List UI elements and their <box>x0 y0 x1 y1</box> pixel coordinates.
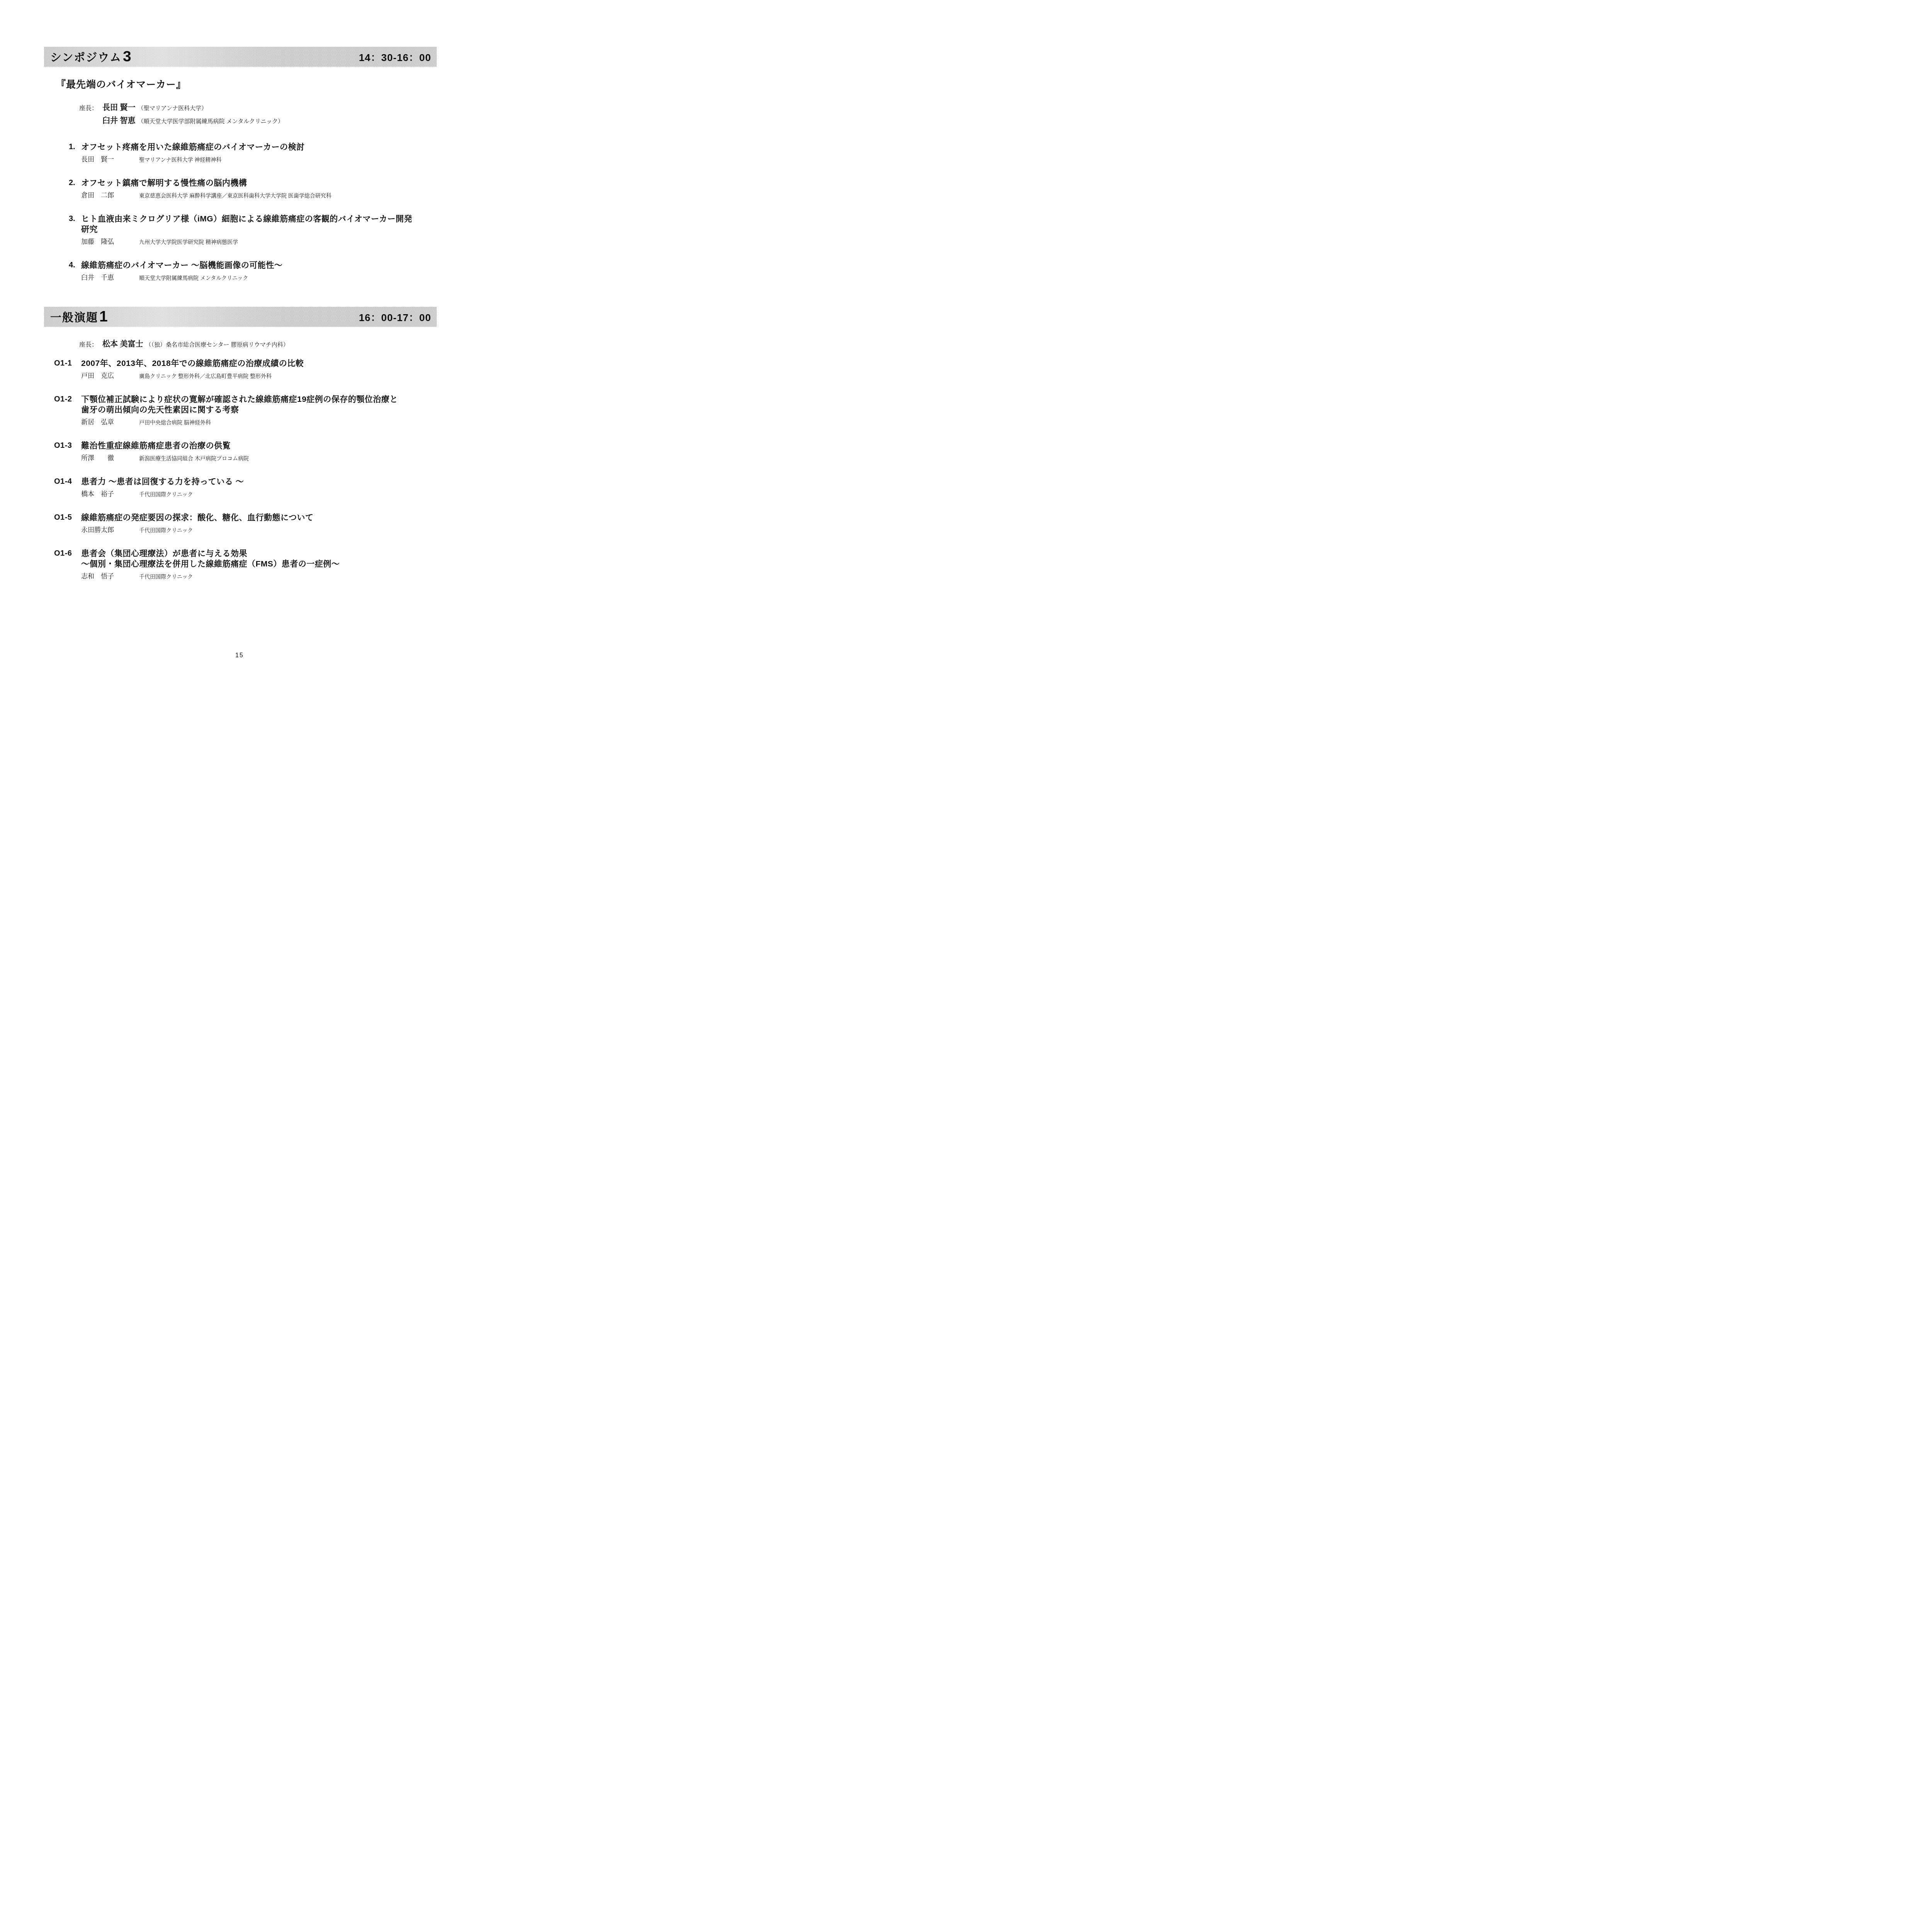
presentation-item: 2. オフセット鎮痛で解明する慢性痛の脳内機構 倉田 二郎 東京慈恵会医科大学 … <box>69 178 479 200</box>
presentation-title: 下顎位補正試験により症状の寛解が確認された線維筋痛症19症例の保存的顎位治療と <box>81 394 479 405</box>
speaker-row: 志和 悟子 千代田国際クリニック <box>81 572 479 581</box>
presentation-title: オフセット疼痛を用いた線維筋痛症のバイオマーカーの検討 <box>81 142 479 152</box>
presentation-item: O1-2 下顎位補正試験により症状の寛解が確認された線維筋痛症19症例の保存的顎… <box>54 394 479 427</box>
speaker-row: 臼井 千恵 順天堂大学附属練馬病院 メンタルクリニック <box>81 274 479 282</box>
speaker-affiliation: 千代田国際クリニック <box>139 526 193 534</box>
speaker-name: 所澤 徹 <box>81 454 139 463</box>
speaker-row: 加藤 隆弘 九州大学大学院医学研究院 精神病態医学 <box>81 238 479 246</box>
presentation-number: 1. <box>69 142 81 164</box>
presentation-number: O1-3 <box>54 440 81 463</box>
chair-row: 座長： 松本 美富士 （（独）桑名市総合医療センター 膠原病リウマチ内科） <box>79 338 479 351</box>
presentation-item: O1-3 難治性重症線維筋痛症患者の治療の供覧 所澤 徹 新潟医療生活協同組合 … <box>54 440 479 463</box>
chair-row: 座長： 長田 賢一 （聖マリアンナ医科大学） <box>79 102 479 115</box>
presentation-title-line2: 歯牙の萌出傾向の先天性素因に関する考察 <box>81 405 479 415</box>
presentation-number: O1-5 <box>54 512 81 534</box>
presentation-number: 3. <box>69 214 81 246</box>
speaker-name: 戸田 克広 <box>81 372 139 380</box>
presentation-body: ヒト血液由来ミクログリア様（iMG）細胞による線維筋痛症の客観的バイオマーカー開… <box>81 214 479 246</box>
symposium3-band-label: シンポジウム 3 <box>50 48 131 65</box>
presentation-number: O1-6 <box>54 548 81 581</box>
presentation-body: 下顎位補正試験により症状の寛解が確認された線維筋痛症19症例の保存的顎位治療と … <box>81 394 479 427</box>
presentation-item: O1-1 2007年、2013年、2018年での線維筋痛症の治療成績の比較 戸田… <box>54 358 479 380</box>
chair-prefix-label: 座長： <box>79 339 102 351</box>
presentation-item: 1. オフセット疼痛を用いた線維筋痛症のバイオマーカーの検討 長田 賢一 聖マリ… <box>69 142 479 164</box>
general1-time: 16：00-17：00 <box>359 310 431 324</box>
presentation-body: 患者会（集団心理療法）が患者に与える効果 ～個別・集団心理療法を併用した線維筋痛… <box>81 548 479 581</box>
presentation-title-line2: 研究 <box>81 224 479 235</box>
speaker-affiliation: 戸田中央総合病院 脳神経外科 <box>139 418 211 427</box>
speaker-affiliation: 聖マリアンナ医科大学 神経精神科 <box>139 155 221 164</box>
symposium3-time: 14：30-16：00 <box>359 50 431 64</box>
presentation-item: O1-6 患者会（集団心理療法）が患者に与える効果 ～個別・集団心理療法を併用し… <box>54 548 479 581</box>
presentation-title: 線維筋痛症のバイオマーカー ～脳機能画像の可能性～ <box>81 260 479 270</box>
chair-affiliation: （順天堂大学医学部附属練馬病院 メンタルクリニック） <box>138 116 284 128</box>
speaker-name: 新居 弘章 <box>81 418 139 427</box>
general1-band-number: 1 <box>99 308 108 325</box>
presentation-item: O1-4 患者力 ～患者は回復する力を持っている ～ 橋本 裕子 千代田国際クリ… <box>54 476 479 498</box>
speaker-affiliation: 千代田国際クリニック <box>139 490 193 498</box>
speaker-name: 加藤 隆弘 <box>81 238 139 246</box>
presentation-body: 線維筋痛症の発症要因の探求：酸化、糖化、血行動態について 永田勝太郎 千代田国際… <box>81 512 479 534</box>
presentation-title-line2: ～個別・集団心理療法を併用した線維筋痛症（FMS）患者の一症例～ <box>81 559 479 569</box>
chair-name: 長田 賢一 <box>102 102 136 114</box>
program-page: シンポジウム 3 14：30-16：00 『最先端のバイオマーカー』 座長： 長… <box>0 0 479 678</box>
presentation-body: 患者力 ～患者は回復する力を持っている ～ 橋本 裕子 千代田国際クリニック <box>81 476 479 498</box>
presentation-body: 難治性重症線維筋痛症患者の治療の供覧 所澤 徹 新潟医療生活協同組合 木戸病院プ… <box>81 440 479 463</box>
presentation-item: O1-5 線維筋痛症の発症要因の探求：酸化、糖化、血行動態について 永田勝太郎 … <box>54 512 479 534</box>
presentation-title: 2007年、2013年、2018年での線維筋痛症の治療成績の比較 <box>81 358 479 369</box>
speaker-affiliation: 新潟医療生活協同組合 木戸病院プロコム病院 <box>139 454 249 463</box>
presentation-number: O1-1 <box>54 358 81 380</box>
presentation-title: 難治性重症線維筋痛症患者の治療の供覧 <box>81 440 479 451</box>
general1-chairs: 座長： 松本 美富士 （（独）桑名市総合医療センター 膠原病リウマチ内科） <box>79 338 479 351</box>
page-number: 15 <box>0 652 479 659</box>
symposium3-title: 『最先端のバイオマーカー』 <box>56 77 479 91</box>
speaker-row: 永田勝太郎 千代田国際クリニック <box>81 526 479 534</box>
presentation-title: ヒト血液由来ミクログリア様（iMG）細胞による線維筋痛症の客観的バイオマーカー開… <box>81 214 479 224</box>
speaker-name: 長田 賢一 <box>81 155 139 164</box>
chair-row: 臼井 智恵 （順天堂大学医学部附属練馬病院 メンタルクリニック） <box>79 115 479 128</box>
symposium3-band-text: シンポジウム <box>50 49 122 65</box>
presentation-body: オフセット鎮痛で解明する慢性痛の脳内機構 倉田 二郎 東京慈恵会医科大学 麻酔科… <box>81 178 479 200</box>
presentation-number: 2. <box>69 178 81 200</box>
presentation-body: 2007年、2013年、2018年での線維筋痛症の治療成績の比較 戸田 克広 廣… <box>81 358 479 380</box>
speaker-affiliation: 順天堂大学附属練馬病院 メンタルクリニック <box>139 274 248 282</box>
general1-band-text: 一般演題 <box>50 309 98 325</box>
speaker-row: 倉田 二郎 東京慈恵会医科大学 麻酔科学講座／東京医科歯科大学大学院 医歯学総合… <box>81 191 479 200</box>
speaker-name: 志和 悟子 <box>81 572 139 581</box>
speaker-name: 永田勝太郎 <box>81 526 139 534</box>
general1-band: 一般演題 1 16：00-17：00 <box>44 307 437 327</box>
chair-prefix-label: 座長： <box>79 102 102 115</box>
symposium3-band-number: 3 <box>123 48 131 65</box>
speaker-row: 新居 弘章 戸田中央総合病院 脳神経外科 <box>81 418 479 427</box>
presentation-item: 3. ヒト血液由来ミクログリア様（iMG）細胞による線維筋痛症の客観的バイオマー… <box>69 214 479 246</box>
chair-name: 臼井 智恵 <box>102 115 136 127</box>
presentation-body: オフセット疼痛を用いた線維筋痛症のバイオマーカーの検討 長田 賢一 聖マリアンナ… <box>81 142 479 164</box>
chair-affiliation: （（独）桑名市総合医療センター 膠原病リウマチ内科） <box>146 339 289 351</box>
speaker-affiliation: 千代田国際クリニック <box>139 572 193 581</box>
speaker-name: 臼井 千恵 <box>81 274 139 282</box>
presentation-title: オフセット鎮痛で解明する慢性痛の脳内機構 <box>81 178 479 188</box>
speaker-affiliation: 東京慈恵会医科大学 麻酔科学講座／東京医科歯科大学大学院 医歯学総合研究科 <box>139 191 332 200</box>
symposium3-items: 1. オフセット疼痛を用いた線維筋痛症のバイオマーカーの検討 長田 賢一 聖マリ… <box>0 142 479 282</box>
general1-items: O1-1 2007年、2013年、2018年での線維筋痛症の治療成績の比較 戸田… <box>0 358 479 581</box>
general1-band-label: 一般演題 1 <box>50 308 108 325</box>
presentation-title: 患者会（集団心理療法）が患者に与える効果 <box>81 548 479 559</box>
speaker-name: 倉田 二郎 <box>81 191 139 200</box>
presentation-item: 4. 線維筋痛症のバイオマーカー ～脳機能画像の可能性～ 臼井 千恵 順天堂大学… <box>69 260 479 282</box>
presentation-number: O1-4 <box>54 476 81 498</box>
speaker-row: 長田 賢一 聖マリアンナ医科大学 神経精神科 <box>81 155 479 164</box>
presentation-number: 4. <box>69 260 81 282</box>
symposium3-chairs: 座長： 長田 賢一 （聖マリアンナ医科大学） 臼井 智恵 （順天堂大学医学部附属… <box>79 102 479 128</box>
speaker-name: 橋本 裕子 <box>81 490 139 498</box>
presentation-body: 線維筋痛症のバイオマーカー ～脳機能画像の可能性～ 臼井 千恵 順天堂大学附属練… <box>81 260 479 282</box>
chair-affiliation: （聖マリアンナ医科大学） <box>138 102 207 115</box>
symposium3-band: シンポジウム 3 14：30-16：00 <box>44 47 437 67</box>
speaker-row: 所澤 徹 新潟医療生活協同組合 木戸病院プロコム病院 <box>81 454 479 463</box>
chair-name: 松本 美富士 <box>102 338 143 350</box>
presentation-title: 患者力 ～患者は回復する力を持っている ～ <box>81 476 479 487</box>
speaker-row: 橋本 裕子 千代田国際クリニック <box>81 490 479 498</box>
presentation-title: 線維筋痛症の発症要因の探求：酸化、糖化、血行動態について <box>81 512 479 523</box>
speaker-row: 戸田 克広 廣島クリニック 整形外科／北広島町豊平病院 整形外科 <box>81 372 479 380</box>
presentation-number: O1-2 <box>54 394 81 427</box>
speaker-affiliation: 九州大学大学院医学研究院 精神病態医学 <box>139 238 238 246</box>
speaker-affiliation: 廣島クリニック 整形外科／北広島町豊平病院 整形外科 <box>139 372 272 380</box>
